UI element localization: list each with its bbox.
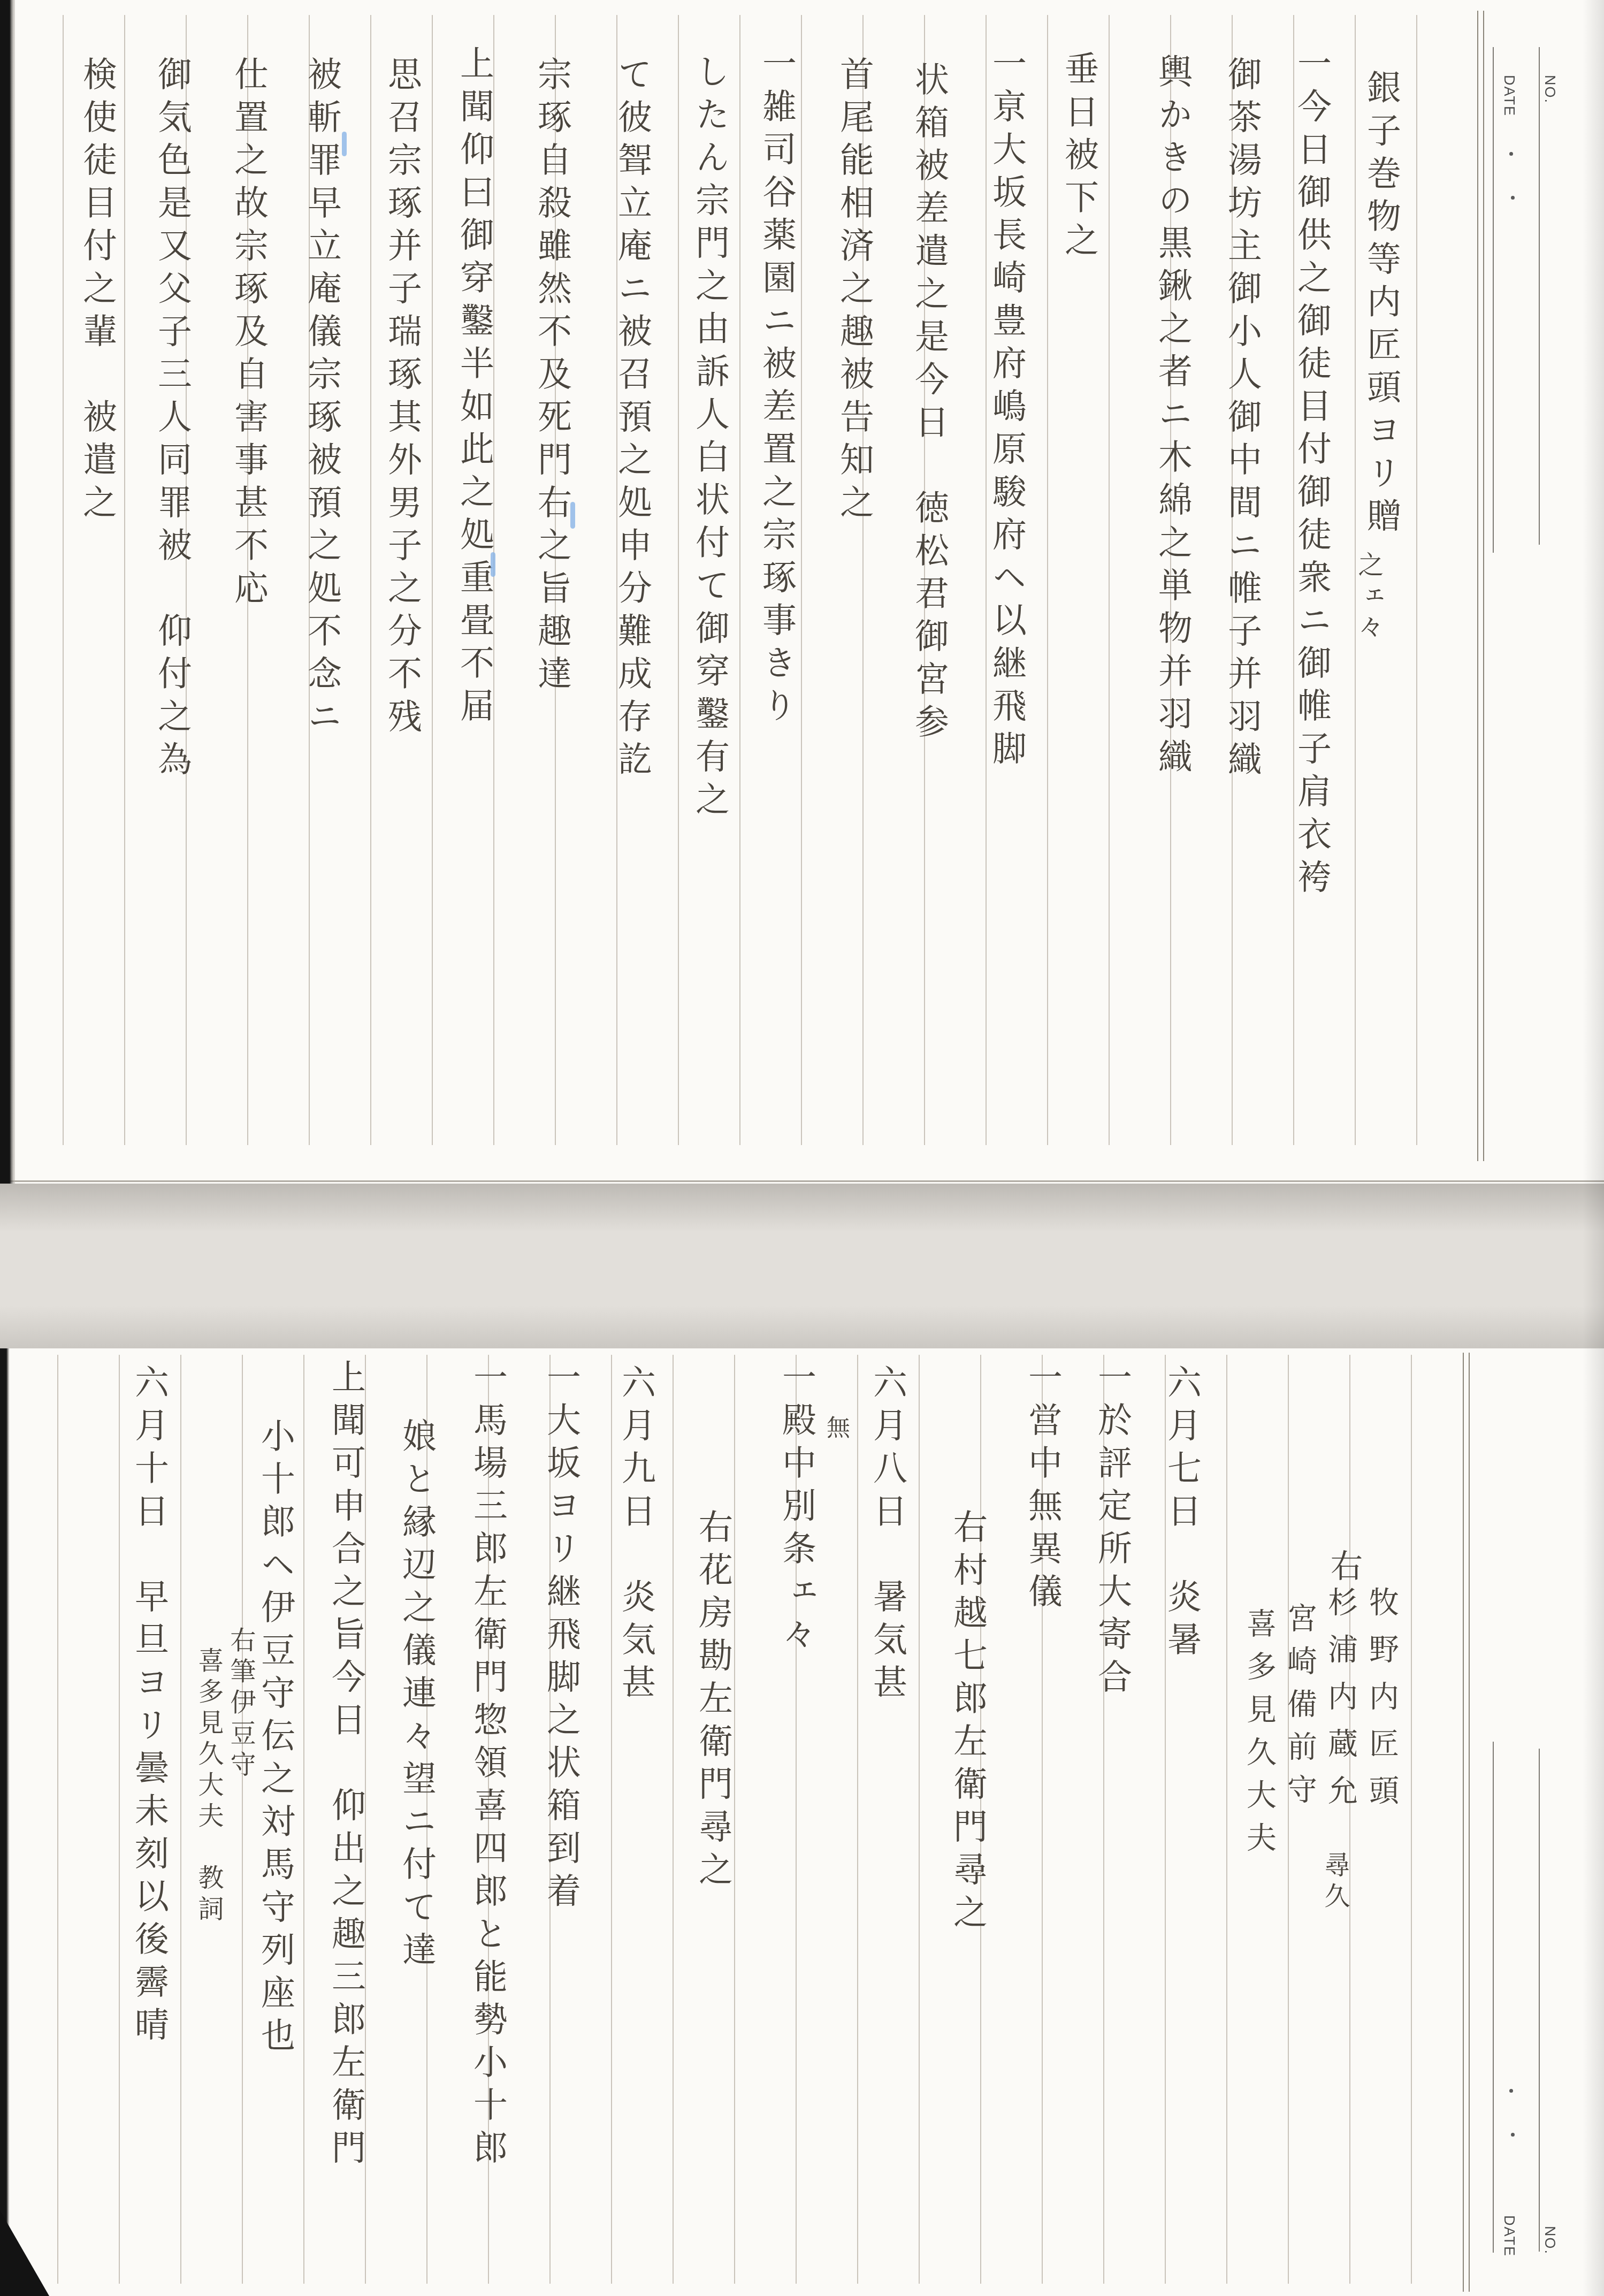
entry-negligent-custody: 仕置之故宗琢及自害事甚不応: [231, 56, 265, 613]
entry-silver-gift-tail: 之ェ々: [1356, 551, 1381, 644]
no-label-top: NO.: [1541, 75, 1558, 104]
name-miyazaki-bizennokami: 宮崎備前守: [1285, 1603, 1315, 1817]
entry-hanabusa-inquiry: 右花房勘左衛門尋之: [696, 1509, 730, 1894]
entry-granted-that-day: 垂日被下之: [1061, 51, 1096, 265]
margin-double-line-top-outer: [1477, 11, 1478, 1161]
entry-shogun-words: 上聞仰曰御穿鑿半如此之処重畳不届: [457, 45, 491, 730]
entry-june9-heat: 六月九日 炎気甚: [618, 1364, 653, 1707]
margin-double-line-top-inner: [1483, 11, 1484, 1161]
entry-ryuan-custody: て彼聟立庵ニ被召預之処申分難成存訖: [615, 56, 649, 784]
entry-june10-weather: 六月十日 早旦ヨリ曇未刻以後霽晴: [132, 1364, 166, 2049]
fold-shadow-upper: [0, 1184, 1604, 1232]
entry-marriage-approval: 上聞可申合之旨今日 仰出之趣三郎左衛門: [329, 1359, 363, 2172]
margin-double-line-bottom-inner: [1469, 1353, 1470, 2292]
date-label-bottom: DATE: [1501, 2215, 1517, 2257]
date-field-line-bottom: [1493, 1742, 1494, 2253]
entry-castle-no-incident-7: 一営中無異儀: [1025, 1359, 1059, 1616]
highlight-tick-2: [491, 552, 495, 577]
no-field-line-top: [1539, 47, 1540, 545]
entry-tea-servants: 御茶湯坊主御小人御中間ニ帷子并羽織: [1225, 56, 1259, 784]
entry-shrine-visit-report: 首尾能相済之趣被告知之: [837, 56, 871, 527]
name-note-hisahisa: 尋久: [1322, 1851, 1348, 1913]
entry-june7-heat: 六月七日 炎暑: [1164, 1364, 1198, 1664]
document-scan: { "document_type": "handwritten vertical…: [0, 0, 1604, 2296]
note-yuhitsu-izunokami: 右筆伊豆守: [228, 1627, 254, 1782]
entry-izunokami-conveys: 小十郎ヘ伊豆守伝之対馬守列座也: [258, 1418, 292, 2060]
entry-kirishitan-confession: したん宗門之由訴人白状付て御穿鑿有之: [692, 54, 727, 824]
entry-baba-nose-marriage: 一馬場三郎左衛門惣領喜四郎と能勢小十郎: [470, 1359, 505, 2172]
entry-sotaku-suicide: 宗琢自殺雖然不及死門右之旨趣達: [534, 56, 569, 698]
date-label-top: DATE: [1501, 75, 1517, 117]
date-dot-bottom-1: [1509, 2089, 1513, 2093]
entry-letterbox-tokumatsu: 状箱被差遣之是今日 徳松君御宮参: [912, 62, 946, 746]
entry-silver-gift: 銀子巻物等内匠頭ヨリ贈: [1364, 70, 1398, 540]
scan-edge-left-top: [0, 0, 14, 1184]
no-field-line-bottom: [1539, 1749, 1540, 2252]
entry-inspectors-sent: 検使徒目付之輩 被遣之: [80, 56, 114, 527]
date-field-line-top: [1493, 47, 1494, 553]
margin-double-line-bottom-outer: [1463, 1353, 1464, 2292]
name-makino-takuminokami: 牧野内匠頭: [1366, 1586, 1396, 1822]
entry-murakoshi-inquiry: 右村越七郎左衛門尋之: [950, 1509, 984, 1937]
entry-castle-no-incident-8: 一殿中別条ェ々: [779, 1359, 813, 1659]
names-block-migi: 右: [1328, 1549, 1360, 1581]
entry-june8-heat: 六月八日 暑気甚: [870, 1364, 904, 1707]
entry-osaka-courier-arrival: 一大坂ヨリ継飛脚之状箱到着: [544, 1359, 578, 1916]
entry-express-courier-cities: 一亰大坂長崎豊府嶋原駿府ヘ以継飛脚: [989, 45, 1023, 773]
no-label-bottom: NO.: [1541, 2226, 1558, 2255]
scan-edge-left-bottom: [0, 1348, 10, 2296]
fold-shadow-lower: [0, 1306, 1604, 1348]
entry-daughter-marriage-wish: 娘と縁辺之儀連々望ニ付て達: [399, 1418, 433, 1974]
date-dot-bottom-2: [1511, 2133, 1515, 2137]
entry-beheading-ryuan: 被斬罪早立庵儀宗琢被預之処不念ニ: [304, 56, 339, 741]
entry-zoshigaya-garden: 一雑司谷薬園ニ被差置之宗琢事きり: [759, 45, 793, 730]
entry-attendants-garments: 一今日御供之御徒目付御徒衆ニ御帷子肩衣袴: [1294, 45, 1328, 902]
note-kitami-kyudayu-kyoshi: 喜多見久大夫 教詞: [196, 1647, 221, 1926]
highlight-tick-1: [570, 502, 575, 529]
name-sugiura-kuranosuke: 杉浦内蔵允: [1325, 1586, 1355, 1822]
scan-edge-right: [1583, 0, 1604, 2296]
page-top-bottom-edge: [0, 1180, 1604, 1182]
inserted-char-mu: 無: [824, 1415, 847, 1441]
date-dot-top-2: [1511, 196, 1515, 200]
entry-hyojosho-meeting: 一於評定所大寄合: [1095, 1359, 1129, 1702]
name-kitami-kyudayu: 喜多見久大夫: [1244, 1608, 1274, 1865]
entry-palanquin-bearers: 輿かきの黒鍬之者ニ木綿之単物并羽織: [1155, 54, 1189, 781]
highlight-tick-3: [342, 132, 347, 156]
entry-sons-not-spared: 思召宗琢并子瑞琢其外男子之分不残: [385, 56, 419, 741]
date-dot-top-1: [1509, 152, 1513, 156]
entry-father-sons-same-crime: 御気色是又父子三人同罪被 仰付之為: [155, 56, 189, 784]
